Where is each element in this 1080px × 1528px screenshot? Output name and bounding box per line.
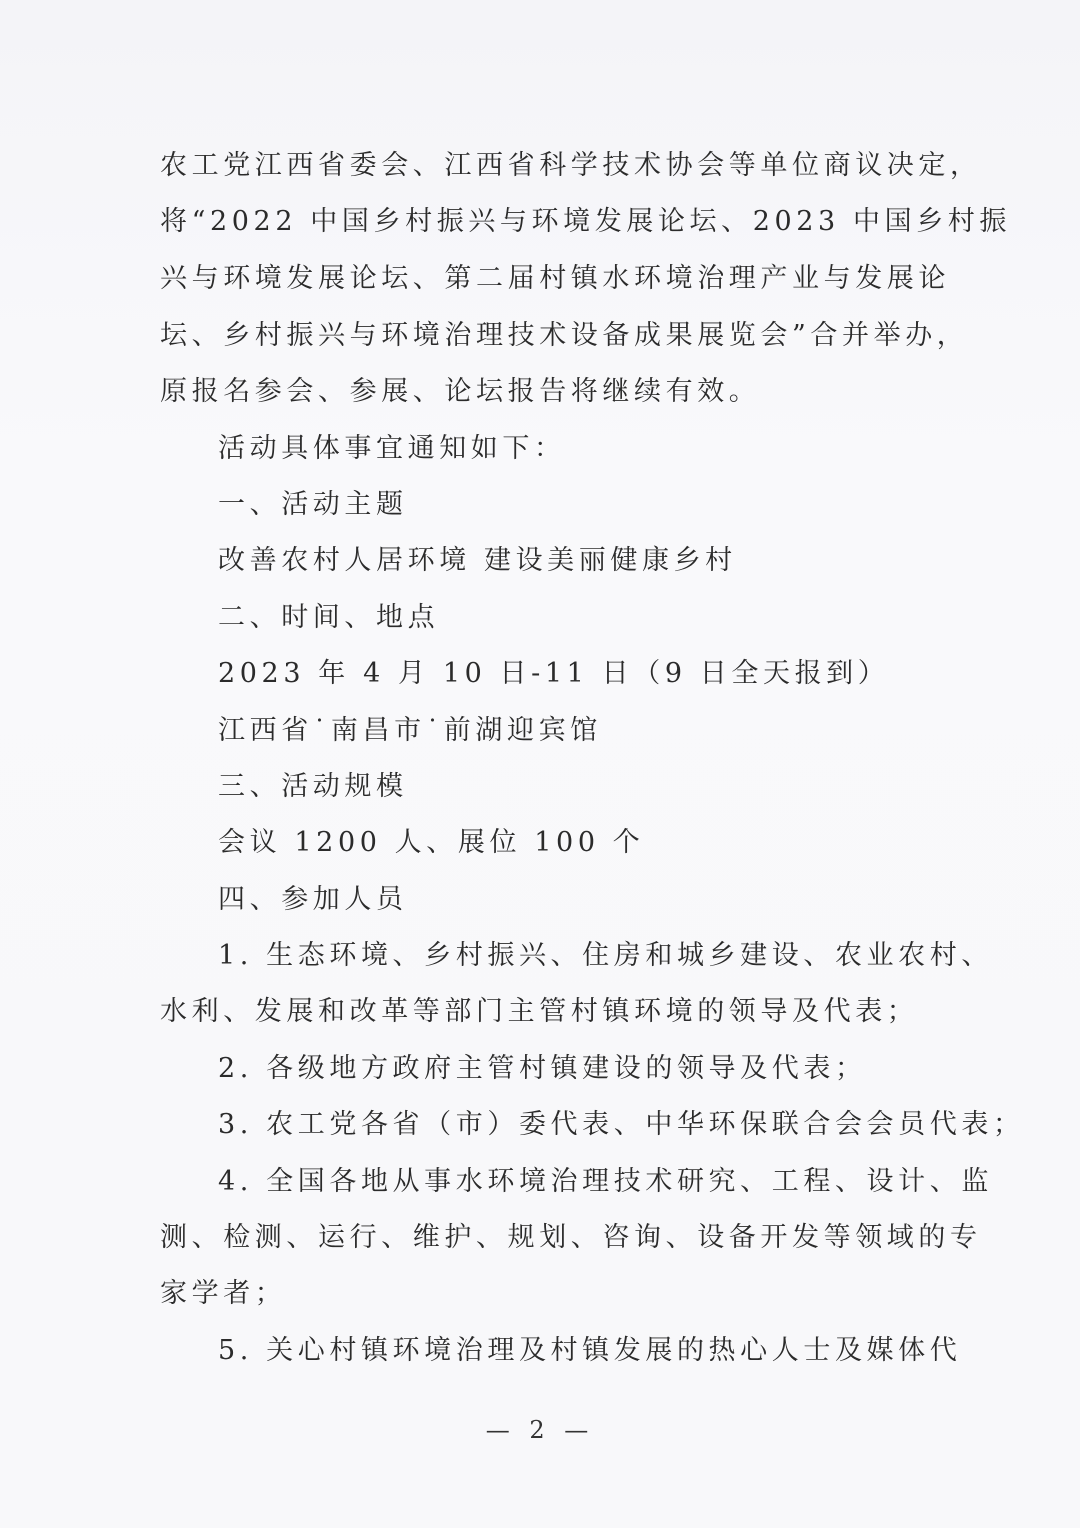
section-heading: 三、活动规模 [218, 771, 408, 803]
location-text: 江西省˙南昌市˙前湖迎宾馆 [218, 715, 602, 747]
list-item: 1. 生态环境、乡村振兴、住房和城乡建设、农业农村、 [218, 940, 993, 972]
section-heading: 一、活动主题 [218, 489, 408, 521]
document-page: 农工党江西省委会、江西省科学技术协会等单位商议决定， 将“2022 中国乡村振兴… [0, 0, 1080, 1528]
paragraph-line: 坛、乡村振兴与环境治理技术设备成果展览会”合并举办， [160, 320, 968, 352]
list-item: 4. 全国各地从事水环境治理技术研究、工程、设计、监 [218, 1166, 993, 1198]
intro-line: 活动具体事宜通知如下： [218, 433, 566, 465]
list-item: 5. 关心村镇环境治理及村镇发展的热心人士及媒体代 [218, 1335, 961, 1367]
paragraph-line: 将“2022 中国乡村振兴与环境发展论坛、2023 中国乡村振 [160, 206, 1011, 238]
paragraph-line: 农工党江西省委会、江西省科学技术协会等单位商议决定， [160, 150, 982, 182]
list-item: 3. 农工党各省（市）委代表、中华环保联合会会员代表； [218, 1109, 1025, 1141]
section-heading: 四、参加人员 [218, 884, 408, 916]
list-item: 2. 各级地方政府主管村镇建设的领导及代表； [218, 1053, 867, 1085]
date-text: 2023 年 4 月 10 日-11 日（9 日全天报到） [218, 658, 889, 690]
list-item-continued: 水利、发展和改革等部门主管村镇环境的领导及代表； [160, 996, 918, 1028]
list-item-continued: 测、检测、运行、维护、规划、咨询、设备开发等领域的专 [160, 1222, 982, 1254]
section-heading: 二、时间、地点 [218, 602, 439, 634]
theme-text: 改善农村人居环境 建设美丽健康乡村 [218, 545, 737, 577]
page-number: — 2 — [0, 1416, 1080, 1444]
paragraph-line: 兴与环境发展论坛、第二届村镇水环境治理产业与发展论 [160, 263, 950, 295]
paragraph-line: 原报名参会、参展、论坛报告将继续有效。 [160, 376, 760, 408]
list-item-continued: 家学者； [160, 1278, 286, 1310]
scale-text: 会议 1200 人、展位 100 个 [218, 827, 644, 859]
